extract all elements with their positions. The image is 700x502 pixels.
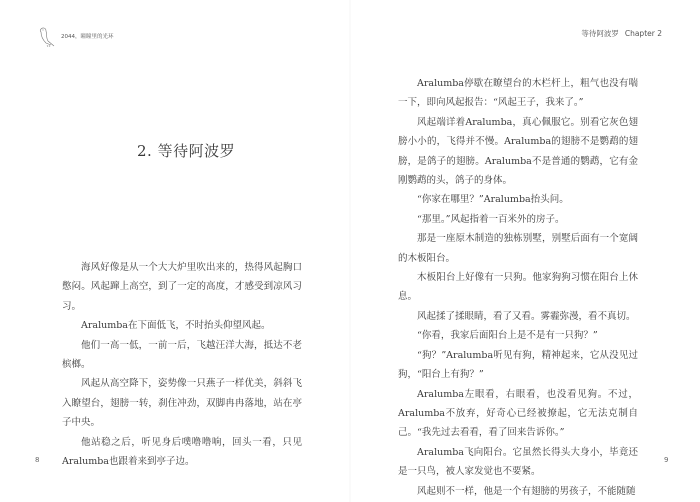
paragraph: 他站稳之后，听见身后噗噜噜响，回头一看，只见Aralumba也跟着来到亭子边。 <box>62 433 302 472</box>
paragraph: Aralumba左眼看，右眼看，也没看见狗。不过，Aralumba不放弃，好奇心… <box>398 385 638 443</box>
paragraph: Aralumba停歇在瞭望台的木栏杆上，粗气也没有喘一下，即向风起报告：“风起王… <box>398 74 638 113</box>
paragraph: Aralumba飞向阳台。它虽然长得头大身小，毕竟还是一只鸟，被人家发觉也不要紧… <box>398 443 638 482</box>
paragraph: 他们一高一低，一前一后，飞越汪洋大海，抵达不老槟榔。 <box>62 336 302 375</box>
left-page: 2044，瞳瞳里的光环 2. 等待阿波罗 海风好像是从一个大大炉里吹出来的，热得… <box>0 0 350 502</box>
page-number-left: 8 <box>35 456 39 464</box>
paragraph: 海风好像是从一个大大炉里吹出来的，热得风起胸口憋闷。风起蹿上高空，到了一定的高度… <box>62 258 302 316</box>
paragraph: “狗？”Aralumba听见有狗，精神起来，它从没见过狗，“阳台上有狗？” <box>398 346 638 385</box>
paragraph: Aralumba在下面低飞，不时抬头仰望风起。 <box>62 316 302 335</box>
paragraph: 风起端详着Aralumba，真心佩服它。别看它灰色翅膀小小的，飞得并不慢。Ara… <box>398 113 638 191</box>
page-number-right: 9 <box>664 456 668 464</box>
paragraph: 木板阳台上好像有一只狗。他家狗狗习惯在阳台上休息。 <box>398 268 638 307</box>
bird-icon <box>37 26 57 48</box>
body-text-left: 海风好像是从一个大大炉里吹出来的，热得风起胸口憋闷。风起蹿上高空，到了一定的高度… <box>62 258 302 471</box>
paragraph: “你看，我家后面阳台上是不是有一只狗？” <box>398 326 638 345</box>
book-title: 2044，瞳瞳里的光环 <box>61 32 114 40</box>
chapter-title: 2. 等待阿波罗 <box>137 140 235 161</box>
paragraph: 风起揉了揉眼睛，看了又看。雾霾弥漫，看不真切。 <box>398 307 638 326</box>
paragraph: 风起则不一样，他是一个有翅膀的男孩子，不能随随 <box>398 482 638 501</box>
paragraph: “那里。”风起指着一百米外的房子。 <box>398 210 638 229</box>
running-head-right: 等待阿波罗Chapter 2 <box>581 28 662 39</box>
paragraph: “你家在哪里？”Aralumba抬头问。 <box>398 190 638 209</box>
paragraph: 那是一座原木制造的独栋别墅，别墅后面有一个宽阔的木板阳台。 <box>398 229 638 268</box>
body-text-right: Aralumba停歇在瞭望台的木栏杆上，粗气也没有喘一下，即向风起报告：“风起王… <box>398 74 638 501</box>
chapter-name-cn: 等待阿波罗 <box>581 29 619 38</box>
paragraph: 风起从高空降下，姿势像一只燕子一样优美，斜斜飞入瞭望台，翅膀一转，刹住冲劲，双脚… <box>62 374 302 432</box>
running-head-left: 2044，瞳瞳里的光环 <box>37 26 114 48</box>
chapter-name-en: Chapter 2 <box>625 29 662 38</box>
